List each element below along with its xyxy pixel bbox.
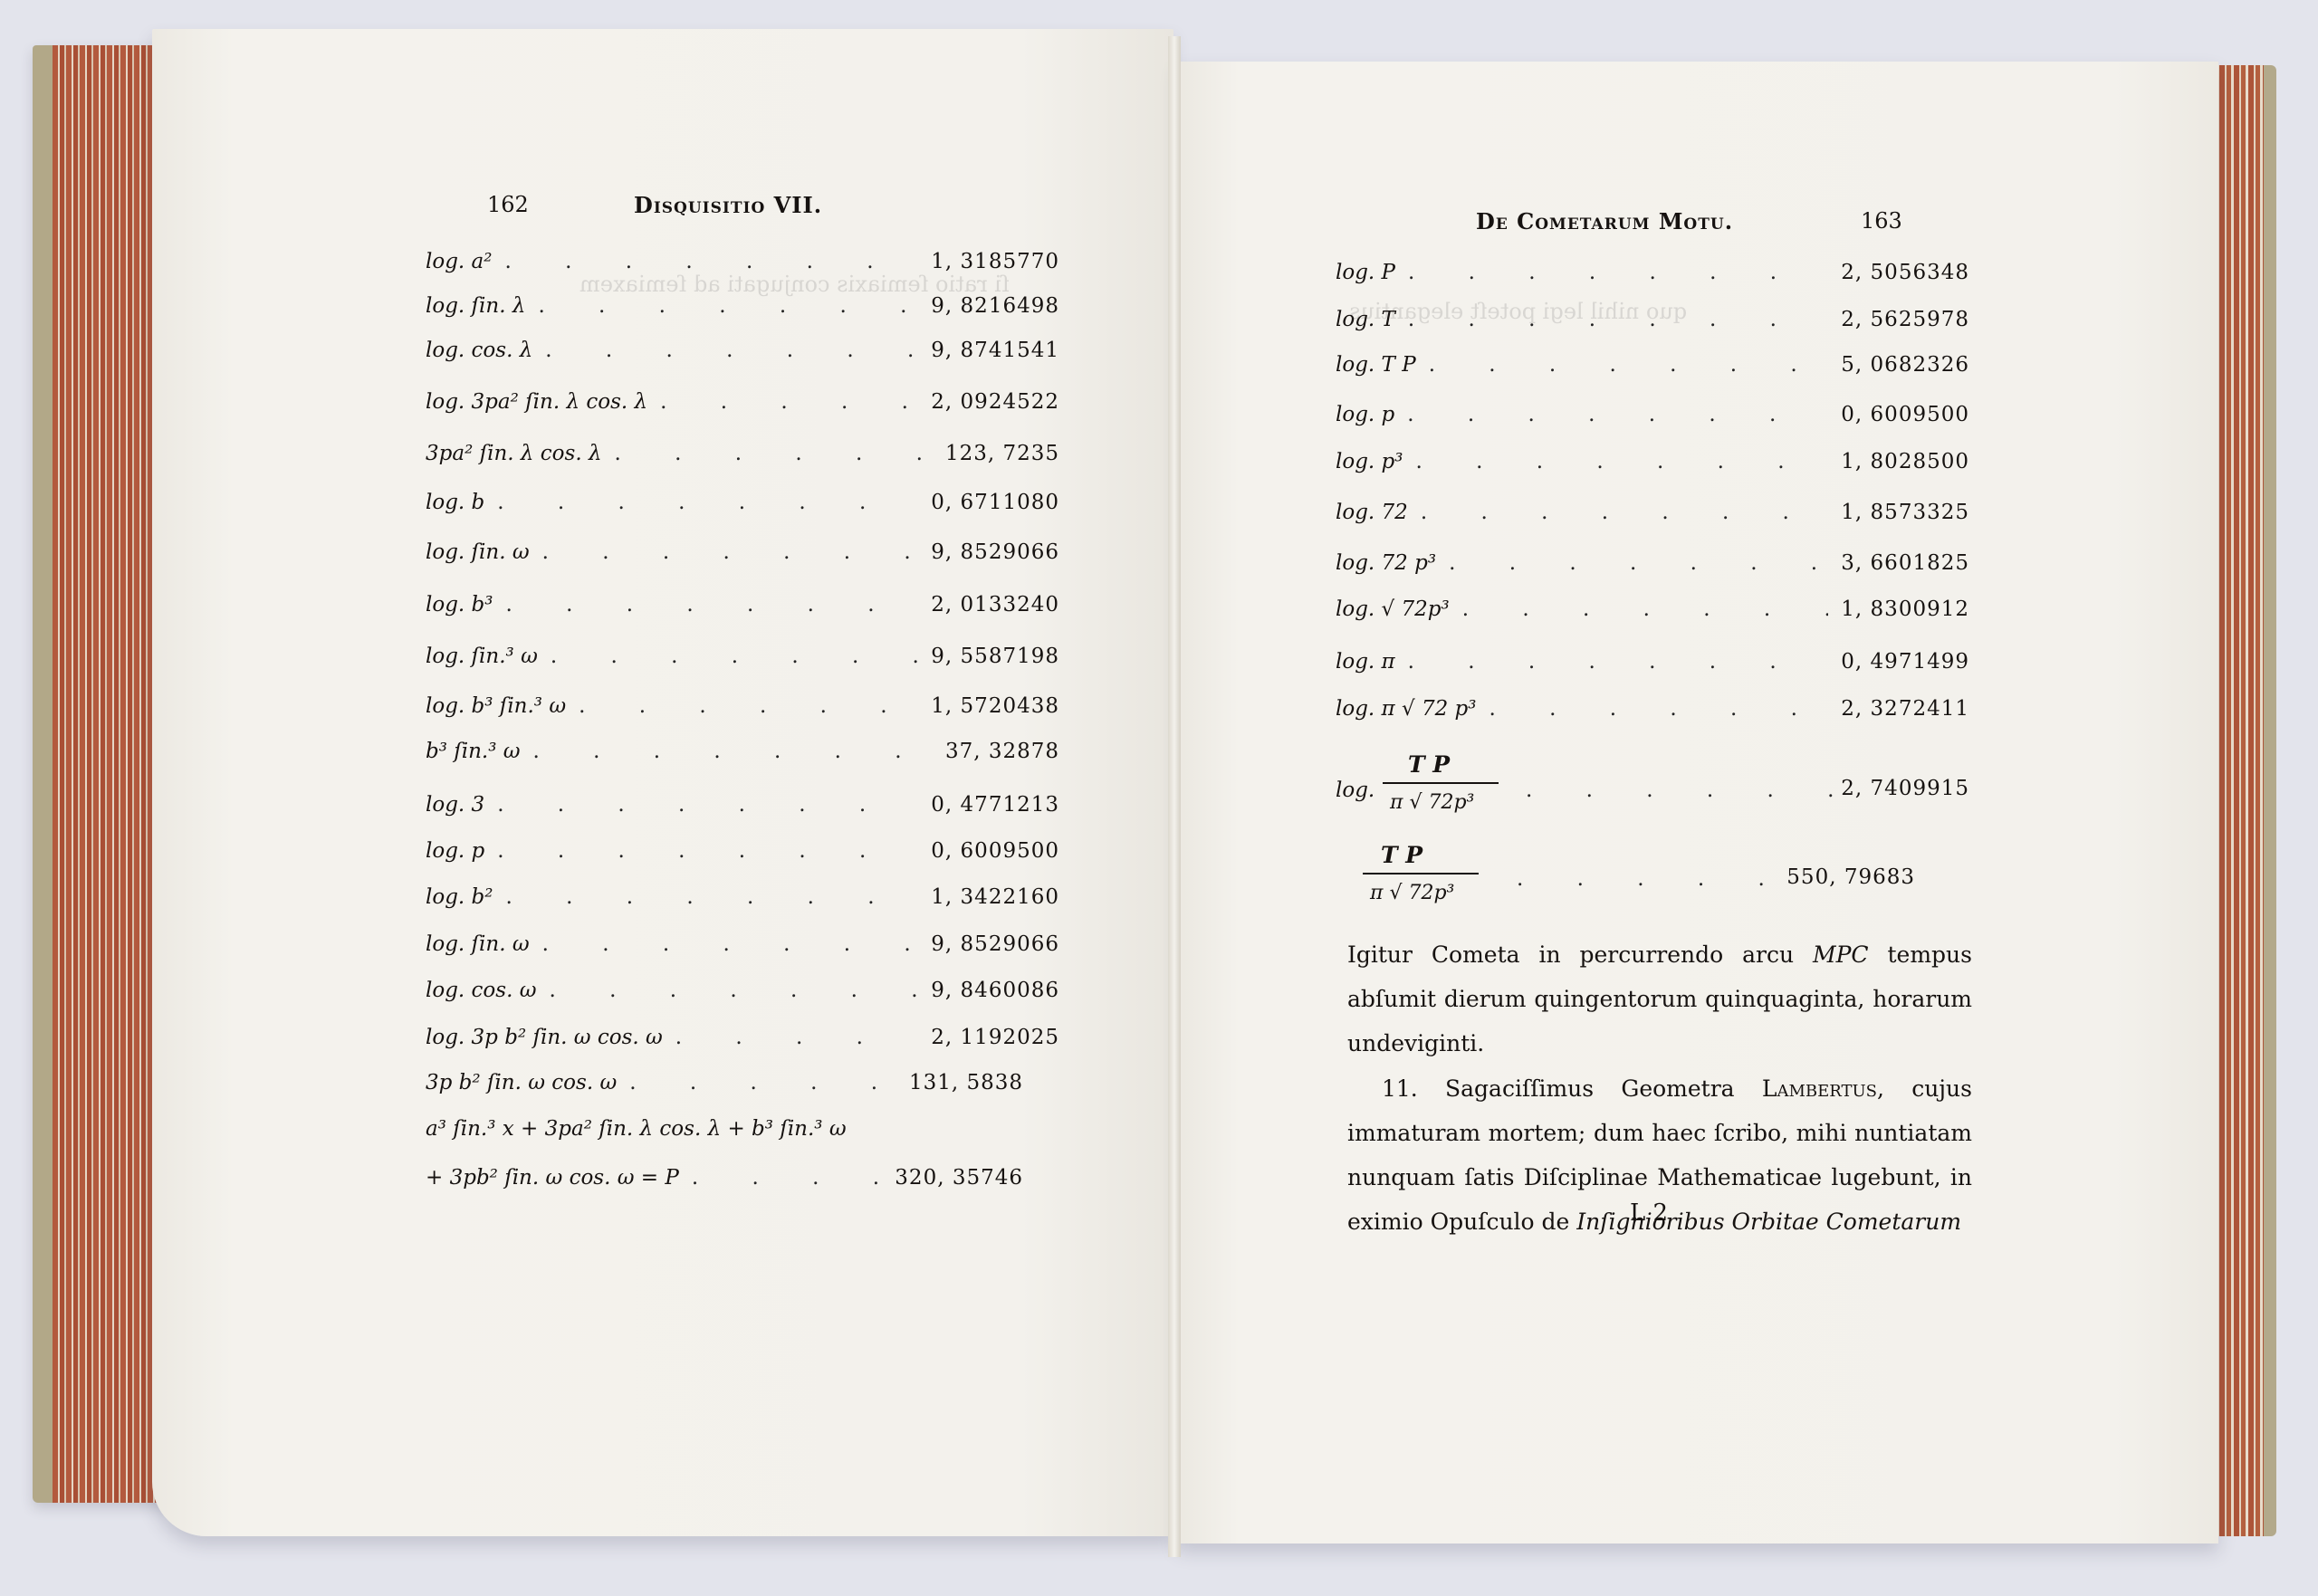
leader-dots: [538, 294, 918, 318]
row-label: log. cos. λ: [426, 339, 532, 362]
row-value: 9, 8529066: [931, 932, 1059, 956]
book-edge-right: [2217, 65, 2276, 1536]
leader-dots: [533, 740, 933, 763]
row-label: log. ſin.³ ω: [426, 645, 538, 668]
fraction-denominator: π √ 72p³: [1370, 882, 1454, 904]
table-row: log. p0, 6009500: [426, 839, 1059, 875]
row-value: 2, 1192025: [931, 1026, 1059, 1049]
leader-dots: [660, 390, 918, 414]
row-label: log.: [1336, 779, 1375, 802]
row-label: log. T: [1336, 308, 1395, 331]
row-label: log. ſin. λ: [426, 294, 525, 318]
row-label: log. ſin. ω: [426, 932, 530, 956]
table-row: log. ſin.³ ω9, 5587198: [426, 645, 1059, 681]
paragraph-text: Igitur Cometa in percurrendo arcu: [1347, 941, 1813, 968]
fraction-bar: [1363, 873, 1479, 874]
row-label: log. a²: [426, 250, 492, 273]
table-row: log. p³1, 8028500: [1336, 450, 1969, 486]
leader-dots: [1408, 261, 1828, 284]
table-row: 3pa² ſin. λ cos. λ123, 7235: [426, 442, 1059, 478]
row-value: 1, 5720438: [931, 694, 1059, 718]
table-row: log. π0, 4971499: [1336, 650, 1969, 686]
leader-dots: [579, 694, 918, 718]
leader-dots: [497, 491, 918, 514]
formula-line-1: a³ ſin.³ x + 3pa² ſin. λ cos. λ + b³ ſin…: [426, 1117, 1059, 1153]
row-value: 0, 6711080: [931, 491, 1059, 514]
leader-dots: [692, 1166, 882, 1190]
book-gutter: [1168, 36, 1181, 1557]
row-value: 123, 7235: [945, 442, 1059, 465]
row-label: log. 3pa² ſin. λ cos. λ: [426, 390, 647, 414]
row-value: 320, 35746: [895, 1166, 1023, 1190]
fraction-result-row: T P π √ 72p³ 550, 79683: [1336, 842, 1915, 923]
row-value: 2, 0133240: [931, 593, 1059, 616]
row-label: b³ ſin.³ ω: [426, 740, 521, 763]
table-row: log. π √ 72 p³2, 3272411: [1336, 697, 1969, 733]
row-label: log. p: [426, 839, 484, 863]
row-label: log. π: [1336, 650, 1395, 674]
row-label: log. b: [426, 491, 484, 514]
fraction-bar: [1383, 782, 1499, 784]
right-running-head: De Cometarum Motu.: [1476, 208, 1733, 234]
fraction-denominator: π √ 72p³: [1390, 791, 1474, 814]
signature-mark: L 2: [1630, 1199, 1668, 1227]
leader-dots: [542, 540, 919, 564]
row-label: log. 72 p³: [1336, 551, 1436, 575]
row-value: 1, 8573325: [1841, 501, 1969, 524]
row-label: log. b³ ſin.³ ω: [426, 694, 566, 718]
table-row: log. a²1, 3185770: [426, 250, 1059, 286]
row-value: 9, 8741541: [931, 339, 1059, 362]
paragraph-conclusion: Igitur Cometa in percurrendo arcu MPC te…: [1347, 932, 1972, 1066]
row-value: 2, 3272411: [1841, 697, 1969, 721]
table-row: b³ ſin.³ ω37, 32878: [426, 740, 1059, 776]
row-value: 1, 3185770: [931, 250, 1059, 273]
row-label: log. ſin. ω: [426, 540, 530, 564]
fraction-numerator: T P: [1408, 751, 1450, 778]
row-label: log. 72: [1336, 501, 1408, 524]
leader-dots: [506, 593, 919, 616]
leader-dots: [551, 645, 918, 668]
fraction-row: log. T P π √ 72p³ 2, 7409915: [1336, 751, 1969, 833]
row-label: 3p b² ſin. ω cos. ω: [426, 1071, 617, 1094]
row-value: 9, 8216498: [931, 294, 1059, 318]
row-label: log. b³: [426, 593, 493, 616]
row-value: 1, 3422160: [931, 885, 1059, 909]
leader-dots: [506, 885, 919, 909]
row-value: 0, 6009500: [1841, 403, 1969, 426]
row-label: log. b²: [426, 885, 493, 909]
table-row: log. 72 p³3, 6601825: [1336, 551, 1969, 588]
table-row: 3p b² ſin. ω cos. ω131, 5838: [426, 1071, 1023, 1107]
row-value: 131, 5838: [909, 1071, 1023, 1094]
row-label: log. π √ 72 p³: [1336, 697, 1476, 721]
leader-dots: [1429, 353, 1829, 377]
leader-dots: [545, 339, 918, 362]
right-page-number: 163: [1861, 208, 1902, 234]
table-row: log. p0, 6009500: [1336, 403, 1969, 439]
leader-dots: [1408, 308, 1828, 331]
row-value: 5, 0682326: [1841, 353, 1969, 377]
leader-dots: [549, 979, 918, 1002]
row-value: 3, 6601825: [1841, 551, 1969, 575]
table-row: log. 721, 8573325: [1336, 501, 1969, 537]
row-label: log. √ 72p³: [1336, 597, 1450, 621]
table-row: log. ſin. λ9, 8216498: [426, 294, 1059, 330]
row-label: 3pa² ſin. λ cos. λ: [426, 442, 602, 465]
leader-dots: [1408, 650, 1829, 674]
row-value: 1, 8028500: [1841, 450, 1969, 473]
row-label: log. p³: [1336, 450, 1403, 473]
leader-dots: [1449, 551, 1828, 575]
row-label: log. cos. ω: [426, 979, 536, 1002]
table-row: log. ſin. ω9, 8529066: [426, 932, 1059, 969]
left-page-number: 162: [487, 192, 529, 217]
row-value: 1, 8300912: [1841, 597, 1969, 621]
row-value: 9, 8460086: [931, 979, 1059, 1002]
row-label: log. p: [1336, 403, 1394, 426]
leader-dots: [629, 1071, 896, 1094]
section-number: 11.: [1382, 1075, 1418, 1102]
leader-dots: [497, 839, 918, 863]
table-row: log. b0, 6711080: [426, 491, 1059, 527]
leader-dots: [1526, 779, 1852, 802]
row-value: 550, 79683: [1786, 865, 1915, 889]
formula-text: a³ ſin.³ x + 3pa² ſin. λ cos. λ + b³ ſin…: [426, 1117, 847, 1141]
row-value: 2, 7409915: [1841, 777, 1969, 800]
table-row: log. √ 72p³1, 8300912: [1336, 597, 1969, 634]
table-row: log. b³ ſin.³ ω1, 5720438: [426, 694, 1059, 731]
table-row: log. 3p b² ſin. ω cos. ω2, 1192025: [426, 1026, 1059, 1062]
row-value: 2, 5625978: [1841, 308, 1969, 331]
row-value: 9, 5587198: [931, 645, 1059, 668]
table-row: log. P2, 5056348: [1336, 261, 1969, 297]
row-label: log. P: [1336, 261, 1395, 284]
row-value: 37, 32878: [945, 740, 1059, 763]
leader-dots: [1421, 501, 1828, 524]
row-value: 0, 4971499: [1841, 650, 1969, 674]
leader-dots: [497, 793, 918, 817]
table-row: log. cos. ω9, 8460086: [426, 979, 1059, 1015]
table-row: log. ſin. ω9, 8529066: [426, 540, 1059, 577]
book-edge-left: [33, 45, 172, 1503]
leader-dots: [675, 1026, 919, 1049]
fraction-numerator: T P: [1381, 842, 1422, 868]
leader-dots: [1462, 597, 1829, 621]
leader-dots: [1407, 403, 1828, 426]
row-value: 0, 4771213: [931, 793, 1059, 817]
row-value: 0, 6009500: [931, 839, 1059, 863]
table-row: log. cos. λ9, 8741541: [426, 339, 1059, 375]
table-row: log. 3pa² ſin. λ cos. λ2, 0924522: [426, 390, 1059, 426]
leader-dots: [1416, 450, 1829, 473]
row-label: log. T P: [1336, 353, 1416, 377]
row-value: 9, 8529066: [931, 540, 1059, 564]
table-row: log. T2, 5625978: [1336, 308, 1969, 344]
leader-dots: [504, 250, 918, 273]
table-row: log. 30, 4771213: [426, 793, 1059, 829]
table-row: log. T P5, 0682326: [1336, 353, 1969, 389]
paragraph-text: Sagaciſſimus Geometra: [1418, 1075, 1762, 1102]
table-row: log. b²1, 3422160: [426, 885, 1059, 922]
row-label: log. 3p b² ſin. ω cos. ω: [426, 1026, 663, 1049]
row-label: log. 3: [426, 793, 484, 817]
formula-line-2: + 3pb² ſin. ω cos. ω = P320, 35746: [426, 1166, 1023, 1202]
row-label: + 3pb² ſin. ω cos. ω = P: [426, 1166, 679, 1190]
leader-dots: [615, 442, 933, 465]
leader-dots: [1489, 697, 1828, 721]
paragraph-italic: MPC: [1813, 941, 1869, 968]
left-running-head: Disquisitio VII.: [634, 192, 822, 218]
leader-dots: [542, 932, 919, 956]
table-row: log. b³2, 0133240: [426, 593, 1059, 629]
row-value: 2, 5056348: [1841, 261, 1969, 284]
author-name: Lambertus: [1762, 1075, 1877, 1102]
leader-dots: [1517, 867, 1770, 891]
row-value: 2, 0924522: [931, 390, 1059, 414]
